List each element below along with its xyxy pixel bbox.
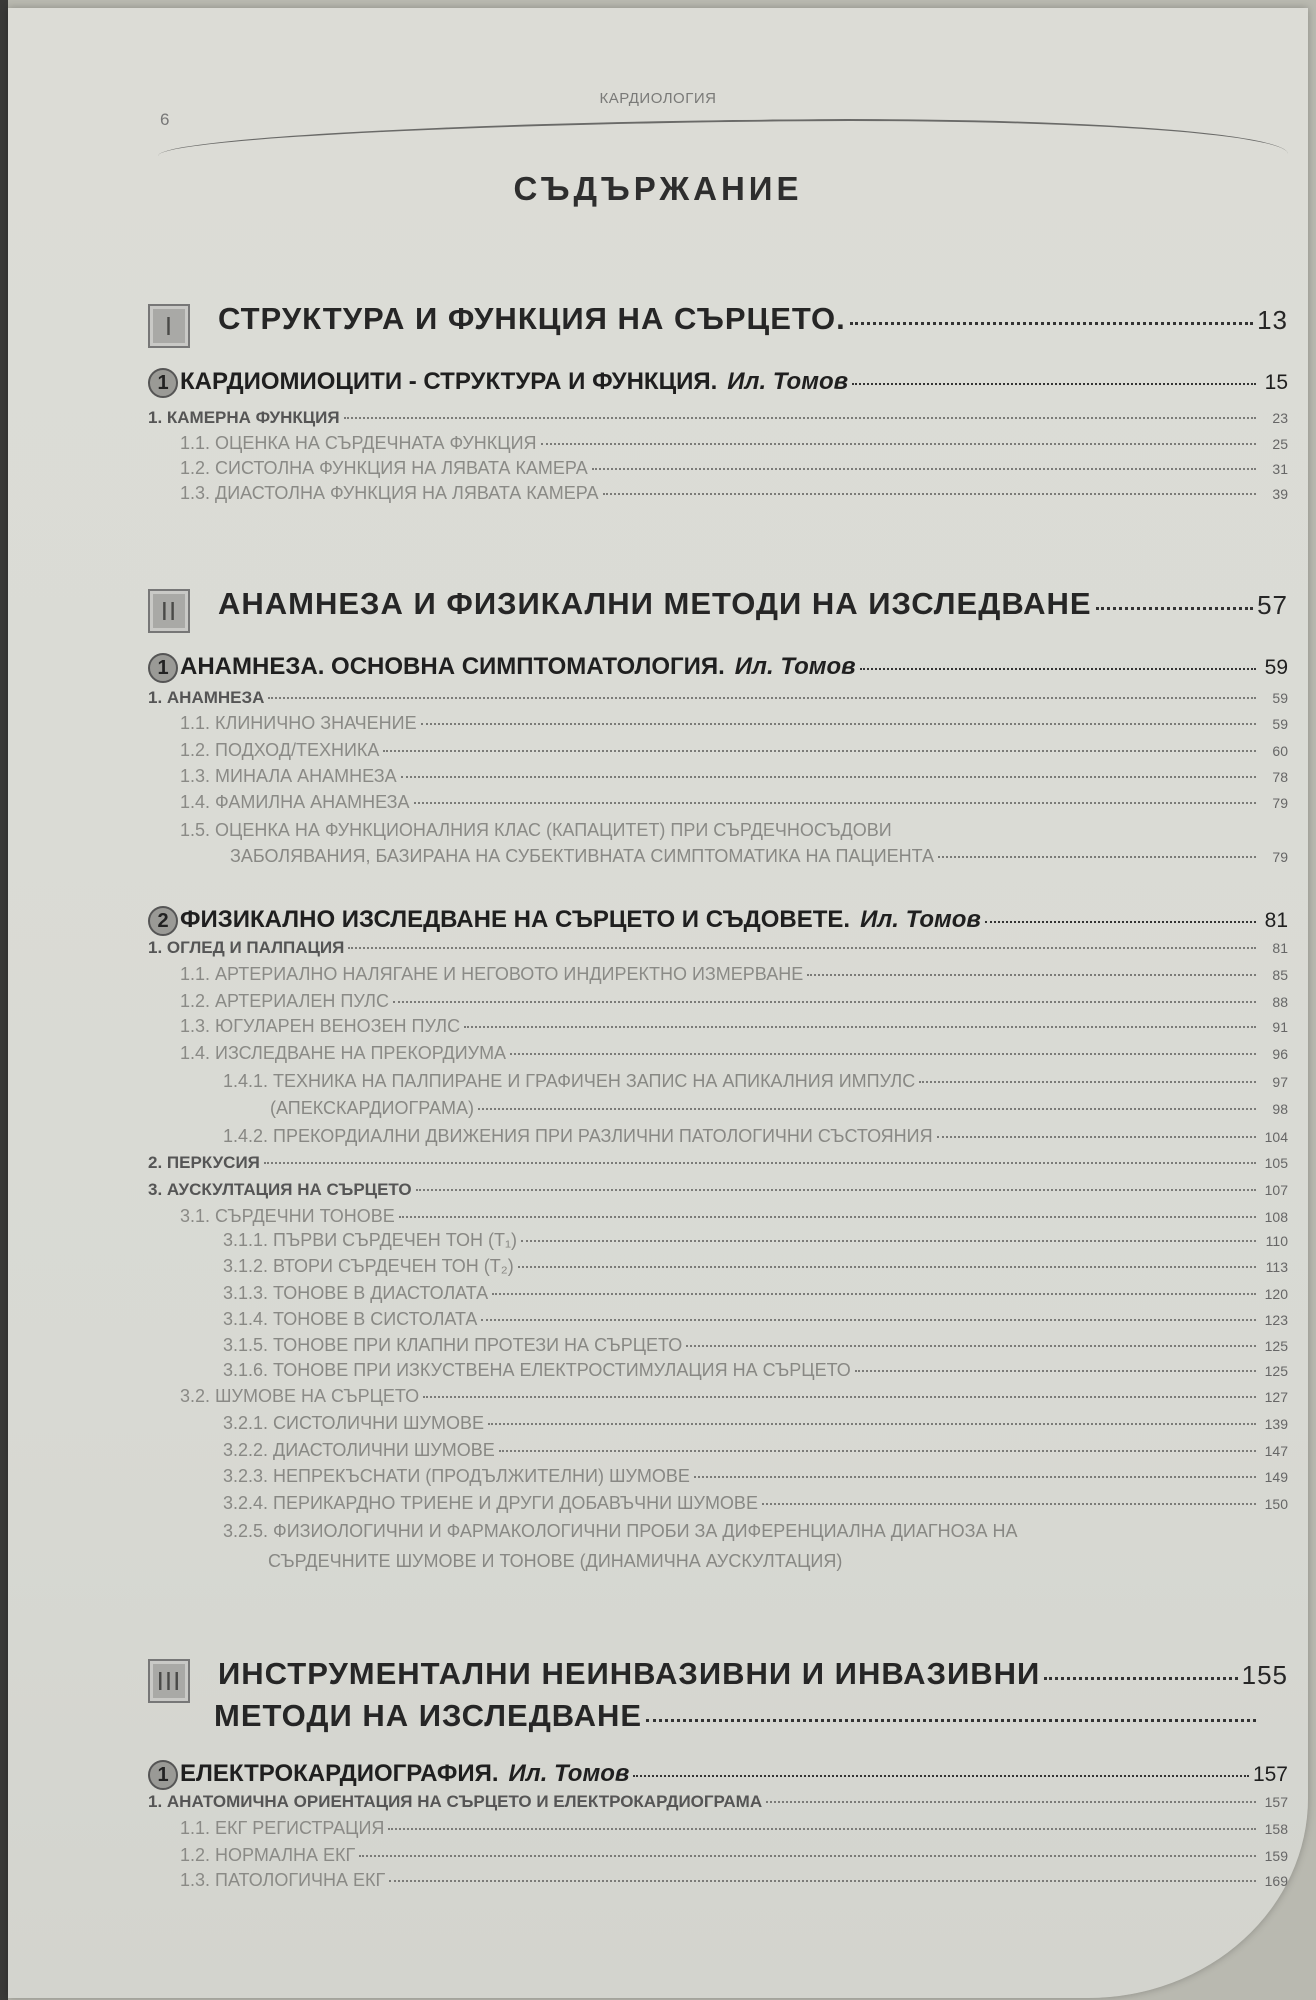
entry-label: 1.4.2. ПРЕКОРДИАЛНИ ДВИЖЕНИЯ ПРИ РАЗЛИЧН…	[223, 1126, 933, 1147]
chapter-title-text: КАРДИОМИОЦИТИ - СТРУКТУРА И ФУНКЦИЯ.	[180, 368, 717, 395]
toc-entry: 1.4. ФАМИЛНА АНАМНЕЗА79	[180, 792, 1288, 813]
page-ref: 125	[1260, 1363, 1288, 1379]
dot-leader	[268, 697, 1256, 699]
page-ref: 159	[1260, 1848, 1288, 1864]
entry-label: 3.2.4. ПЕРИКАРДНО ТРИЕНЕ И ДРУГИ ДОБАВЪЧ…	[223, 1493, 758, 1514]
dot-leader	[344, 417, 1256, 419]
dot-leader	[521, 1240, 1256, 1242]
chapter-number-badge: 1	[148, 653, 178, 683]
page-ref: 81	[1260, 940, 1288, 956]
toc-entry: 3. АУСКУЛТАЦИЯ НА СЪРЦЕТО107	[148, 1180, 1288, 1200]
toc-entry: ЗАБОЛЯВАНИЯ, БАЗИРАНА НА СУБЕКТИВНАТА СИ…	[230, 846, 1288, 867]
page-ref: 127	[1260, 1389, 1288, 1405]
part-title: IIIИНСТРУМЕНТАЛНИ НЕИНВАЗИВНИ И ИНВАЗИВН…	[148, 1653, 1040, 1697]
entry-label: 3.2.1. СИСТОЛИЧНИ ШУМОВЕ	[223, 1413, 484, 1434]
entry-label: 1.4. ФАМИЛНА АНАМНЕЗА	[180, 792, 410, 813]
entry-label: 1.1. КЛИНИЧНО ЗНАЧЕНИЕ	[180, 713, 417, 734]
entry-label: 1.1. ЕКГ РЕГИСТРАЦИЯ	[180, 1818, 384, 1839]
toc-part: IIIИНСТРУМЕНТАЛНИ НЕИНВАЗИВНИ И ИНВАЗИВН…	[148, 1653, 1288, 1697]
dot-leader	[416, 1189, 1256, 1191]
chapter-title-text: АНАМНЕЗА. ОСНОВНА СИМПТОМАТОЛОГИЯ.	[180, 653, 725, 680]
part-title-text: МЕТОДИ НА ИЗСЛЕДВАНЕ	[214, 1698, 642, 1734]
toc-entry: 1.1. АРТЕРИАЛНО НАЛЯГАНЕ И НЕГОВОТО ИНДИ…	[180, 964, 1288, 985]
dot-leader	[762, 1503, 1256, 1505]
toc-entry: 1.3. МИНАЛА АНАМНЕЗА78	[180, 766, 1288, 787]
chapter-title-text: ФИЗИКАЛНО ИЗСЛЕДВАНЕ НА СЪРЦЕТО И СЪДОВЕ…	[180, 906, 850, 933]
toc-entry: 3.1.5. ТОНОВЕ ПРИ КЛАПНИ ПРОТЕЗИ НА СЪРЦ…	[223, 1335, 1288, 1356]
toc-entry: 1. АНАМНЕЗА59	[148, 688, 1288, 708]
toc-entry: 1.4.1. ТЕХНИКА НА ПАЛПИРАНЕ И ГРАФИЧЕН З…	[223, 1071, 1288, 1092]
dot-leader	[421, 723, 1256, 725]
part-title-text: ИНСТРУМЕНТАЛНИ НЕИНВАЗИВНИ И ИНВАЗИВНИ	[218, 1656, 1040, 1691]
dot-leader	[348, 947, 1256, 949]
dot-leader	[264, 1162, 1256, 1164]
page-ref: 78	[1260, 769, 1288, 785]
toc-title: СЪДЪРЖАНИЕ	[8, 170, 1308, 208]
page-ref: 79	[1260, 849, 1288, 865]
toc-entry: 3.1.1. ПЪРВИ СЪРДЕЧЕН ТОН (T₁)110	[223, 1230, 1288, 1251]
running-head: КАРДИОЛОГИЯ	[8, 90, 1308, 107]
page-ref: 88	[1260, 994, 1288, 1010]
entry-label: 1.3. ЮГУЛАРЕН ВЕНОЗЕН ПУЛС	[180, 1016, 460, 1037]
toc-entry: 1.1. КЛИНИЧНО ЗНАЧЕНИЕ59	[180, 713, 1288, 734]
page-ref: 23	[1260, 410, 1288, 426]
page-ref: 85	[1260, 967, 1288, 983]
toc-chapter: 2ФИЗИКАЛНО ИЗСЛЕДВАНЕ НА СЪРЦЕТО И СЪДОВ…	[148, 906, 1288, 936]
dot-leader	[938, 856, 1256, 858]
page-ref: 96	[1260, 1046, 1288, 1062]
entry-label: 3.1.5. ТОНОВЕ ПРИ КЛАПНИ ПРОТЕЗИ НА СЪРЦ…	[223, 1335, 682, 1356]
page-ref: 169	[1260, 1873, 1288, 1889]
toc-entry: 3.2. ШУМОВЕ НА СЪРЦЕТО127	[180, 1386, 1288, 1407]
toc-entry: СЪРДЕЧНИТЕ ШУМОВЕ И ТОНОВЕ (ДИНАМИЧНА АУ…	[268, 1551, 1288, 1572]
toc-entry: 1.1. ЕКГ РЕГИСТРАЦИЯ158	[180, 1818, 1288, 1839]
chapter-title: 1КАРДИОМИОЦИТИ - СТРУКТУРА И ФУНКЦИЯ.Ил.…	[148, 368, 848, 398]
chapter-title-text: ЕЛЕКТРОКАРДИОГРАФИЯ.	[180, 1760, 499, 1787]
entry-label: ЗАБОЛЯВАНИЯ, БАЗИРАНА НА СУБЕКТИВНАТА СИ…	[230, 846, 934, 867]
entry-label: 3.1.6. ТОНОВЕ ПРИ ИЗКУСТВЕНА ЕЛЕКТРОСТИМ…	[223, 1360, 851, 1381]
dot-leader	[393, 1001, 1256, 1003]
dot-leader	[985, 921, 1256, 923]
page-ref: 110	[1260, 1233, 1288, 1249]
chapter-author: Ил. Томов	[860, 906, 981, 933]
chapter-number-badge: 1	[148, 368, 178, 398]
page-ref: 15	[1260, 371, 1288, 395]
dot-leader	[860, 668, 1256, 670]
page-ref: 104	[1260, 1129, 1288, 1145]
toc-part: IСТРУКТУРА И ФУНКЦИЯ НА СЪРЦЕТО.13	[148, 298, 1288, 342]
toc-entry: (АПЕКСКАРДИОГРАМА)98	[270, 1098, 1288, 1119]
part-title: IIАНАМНЕЗА И ФИЗИКАЛНИ МЕТОДИ НА ИЗСЛЕДВ…	[148, 583, 1092, 627]
dot-leader	[359, 1855, 1256, 1857]
page-ref: 107	[1260, 1182, 1288, 1198]
toc-entry: 1.3. ЮГУЛАРЕН ВЕНОЗЕН ПУЛС91	[180, 1016, 1288, 1037]
chapter-author: Ил. Томов	[509, 1760, 630, 1787]
page-ref: 97	[1260, 1074, 1288, 1090]
page-ref: 147	[1260, 1443, 1288, 1459]
toc-entry: 1.3. ДИАСТОЛНА ФУНКЦИЯ НА ЛЯВАТА КАМЕРА3…	[180, 483, 1288, 504]
toc-entry: 1.4. ИЗСЛЕДВАНЕ НА ПРЕКОРДИУМА96	[180, 1043, 1288, 1064]
dot-leader	[464, 1026, 1256, 1028]
toc-entry: 1. ОГЛЕД И ПАЛПАЦИЯ81	[148, 938, 1288, 958]
entry-label: 3.1.2. ВТОРИ СЪРДЕЧЕН ТОН (T₂)	[223, 1256, 514, 1277]
page-ref: 108	[1260, 1209, 1288, 1225]
dot-leader	[1096, 607, 1253, 610]
dot-leader	[686, 1345, 1256, 1347]
chapter-author: Ил. Томов	[735, 653, 856, 680]
dot-leader	[388, 1828, 1256, 1830]
toc-entry: 3.1. СЪРДЕЧНИ ТОНОВЕ108	[180, 1206, 1288, 1227]
dot-leader	[1044, 1677, 1237, 1680]
entry-label: 3. АУСКУЛТАЦИЯ НА СЪРЦЕТО	[148, 1180, 412, 1200]
dot-leader	[389, 1880, 1256, 1882]
dot-leader	[401, 776, 1256, 778]
toc-entry: 3.1.4. ТОНОВЕ В СИСТОЛАТА123	[223, 1309, 1288, 1330]
dot-leader	[852, 383, 1256, 385]
page-ref: 91	[1260, 1019, 1288, 1035]
page-number: 6	[160, 110, 169, 130]
dot-leader	[919, 1081, 1256, 1083]
page-ref: 125	[1260, 1338, 1288, 1354]
part-title-text: СТРУКТУРА И ФУНКЦИЯ НА СЪРЦЕТО.	[218, 301, 846, 336]
page-ref: 155	[1242, 1660, 1288, 1691]
entry-label: 1.3. ПАТОЛОГИЧНА ЕКГ	[180, 1870, 385, 1891]
page-ref: 59	[1260, 656, 1288, 680]
toc-entry: 3.2.3. НЕПРЕКЪСНАТИ (ПРОДЪЛЖИТЕЛНИ) ШУМО…	[223, 1466, 1288, 1487]
page-ref: 59	[1260, 690, 1288, 706]
toc-chapter: 1АНАМНЕЗА. ОСНОВНА СИМПТОМАТОЛОГИЯ.Ил. Т…	[148, 653, 1288, 683]
toc-part: IIАНАМНЕЗА И ФИЗИКАЛНИ МЕТОДИ НА ИЗСЛЕДВ…	[148, 583, 1288, 627]
chapter-title: 2ФИЗИКАЛНО ИЗСЛЕДВАНЕ НА СЪРЦЕТО И СЪДОВ…	[148, 906, 981, 936]
page-ref: 120	[1260, 1286, 1288, 1302]
entry-label: 3.1.4. ТОНОВЕ В СИСТОЛАТА	[223, 1309, 477, 1330]
entry-label: 2. ПЕРКУСИЯ	[148, 1153, 260, 1173]
part-numeral-badge: III	[148, 1659, 190, 1703]
toc-entry: 1.2. СИСТОЛНА ФУНКЦИЯ НА ЛЯВАТА КАМЕРА31	[180, 458, 1288, 479]
part-numeral-badge: I	[148, 304, 190, 348]
entry-label: 1.2. НОРМАЛНА ЕКГ	[180, 1845, 355, 1866]
toc-entry: 3.2.1. СИСТОЛИЧНИ ШУМОВЕ139	[223, 1413, 1288, 1434]
part-title-text: АНАМНЕЗА И ФИЗИКАЛНИ МЕТОДИ НА ИЗСЛЕДВАН…	[218, 586, 1092, 621]
entry-label: 1.2. СИСТОЛНА ФУНКЦИЯ НА ЛЯВАТА КАМЕРА	[180, 458, 588, 479]
entry-label: 3.1.3. ТОНОВЕ В ДИАСТОЛАТА	[223, 1283, 488, 1304]
dot-leader	[383, 750, 1256, 752]
dot-leader	[518, 1266, 1256, 1268]
page-ref: 157	[1260, 1794, 1288, 1810]
dot-leader	[646, 1719, 1256, 1722]
entry-label: 1.2. АРТЕРИАЛЕН ПУЛС	[180, 991, 389, 1012]
entry-label: 1. АНАМНЕЗА	[148, 688, 264, 708]
toc-entry: 1.2. ПОДХОД/ТЕХНИКА60	[180, 740, 1288, 761]
page-ref: 60	[1260, 743, 1288, 759]
page-ref: 59	[1260, 716, 1288, 732]
toc-chapter: 1КАРДИОМИОЦИТИ - СТРУКТУРА И ФУНКЦИЯ.Ил.…	[148, 368, 1288, 398]
page-ref: 105	[1260, 1155, 1288, 1171]
entry-label: 1.1. АРТЕРИАЛНО НАЛЯГАНЕ И НЕГОВОТО ИНДИ…	[180, 964, 803, 985]
dot-leader	[478, 1108, 1256, 1110]
dot-leader	[499, 1450, 1256, 1452]
dot-leader	[414, 802, 1256, 804]
entry-label: 3.1. СЪРДЕЧНИ ТОНОВЕ	[180, 1206, 395, 1227]
page-ref: 123	[1260, 1312, 1288, 1328]
dot-leader	[807, 974, 1256, 976]
chapter-title: 1ЕЛЕКТРОКАРДИОГРАФИЯ.Ил. Томов	[148, 1760, 629, 1790]
chapter-author: Ил. Томов	[727, 368, 848, 395]
dot-leader	[603, 493, 1256, 495]
toc-entry: 3.2.4. ПЕРИКАРДНО ТРИЕНЕ И ДРУГИ ДОБАВЪЧ…	[223, 1493, 1288, 1514]
dot-leader	[592, 468, 1256, 470]
book-page: КАРДИОЛОГИЯ 6 СЪДЪРЖАНИЕ IСТРУКТУРА И ФУ…	[8, 8, 1308, 1998]
dot-leader	[399, 1216, 1256, 1218]
page-ref: 81	[1260, 909, 1288, 933]
entry-label: 1.3. МИНАЛА АНАМНЕЗА	[180, 766, 397, 787]
toc-entry: 1. КАМЕРНА ФУНКЦИЯ23	[148, 408, 1288, 428]
entry-label: 3.2.3. НЕПРЕКЪСНАТИ (ПРОДЪЛЖИТЕЛНИ) ШУМО…	[223, 1466, 690, 1487]
page-ref: 25	[1260, 436, 1288, 452]
page-ref: 79	[1260, 795, 1288, 811]
dot-leader	[488, 1423, 1256, 1425]
toc-chapter: 1ЕЛЕКТРОКАРДИОГРАФИЯ.Ил. Томов157	[148, 1760, 1288, 1790]
dot-leader	[855, 1370, 1256, 1372]
part-title: IСТРУКТУРА И ФУНКЦИЯ НА СЪРЦЕТО.	[148, 298, 846, 342]
toc-entry: 2. ПЕРКУСИЯ105	[148, 1153, 1288, 1173]
entry-label: (АПЕКСКАРДИОГРАМА)	[270, 1098, 474, 1119]
toc-entry: 3.1.6. ТОНОВЕ ПРИ ИЗКУСТВЕНА ЕЛЕКТРОСТИМ…	[223, 1360, 1288, 1381]
page-ref: 98	[1260, 1101, 1288, 1117]
entry-label: 1. КАМЕРНА ФУНКЦИЯ	[148, 408, 340, 428]
part-numeral-badge: II	[148, 589, 190, 633]
page-ref: 139	[1260, 1416, 1288, 1432]
page-ref: 13	[1257, 305, 1288, 336]
entry-label: 1.4.1. ТЕХНИКА НА ПАЛПИРАНЕ И ГРАФИЧЕН З…	[223, 1071, 915, 1092]
toc-entry: 1.1. ОЦЕНКА НА СЪРДЕЧНАТА ФУНКЦИЯ25	[180, 433, 1288, 454]
dot-leader	[492, 1293, 1256, 1295]
entry-label: 3.2. ШУМОВЕ НА СЪРЦЕТО	[180, 1386, 419, 1407]
dot-leader	[937, 1136, 1256, 1138]
page-ref: 39	[1260, 486, 1288, 502]
book-spine-shadow	[0, 0, 8, 2000]
page-ref: 157	[1253, 1763, 1288, 1787]
entry-label: 1.3. ДИАСТОЛНА ФУНКЦИЯ НА ЛЯВАТА КАМЕРА	[180, 483, 599, 504]
dot-leader	[850, 322, 1253, 325]
chapter-title: 1АНАМНЕЗА. ОСНОВНА СИМПТОМАТОЛОГИЯ.Ил. Т…	[148, 653, 856, 683]
entry-label: 1.1. ОЦЕНКА НА СЪРДЕЧНАТА ФУНКЦИЯ	[180, 433, 537, 454]
page-ref: 113	[1260, 1259, 1288, 1275]
dot-leader	[481, 1319, 1256, 1321]
entry-label: 1.5. ОЦЕНКА НА ФУНКЦИОНАЛНИЯ КЛАС (КАПАЦ…	[180, 820, 892, 841]
toc-entry: 1. АНАТОМИЧНА ОРИЕНТАЦИЯ НА СЪРЦЕТО И ЕЛ…	[148, 1792, 1288, 1812]
toc-entry: 1.3. ПАТОЛОГИЧНА ЕКГ169	[180, 1870, 1288, 1891]
entry-label: 1.4. ИЗСЛЕДВАНЕ НА ПРЕКОРДИУМА	[180, 1043, 506, 1064]
dot-leader	[423, 1396, 1256, 1398]
toc-entry: 3.1.3. ТОНОВЕ В ДИАСТОЛАТА120	[223, 1283, 1288, 1304]
dot-leader	[510, 1053, 1256, 1055]
dot-leader	[694, 1476, 1256, 1478]
toc-entry: 3.2.2. ДИАСТОЛИЧНИ ШУМОВЕ147	[223, 1440, 1288, 1461]
page-ref: 158	[1260, 1821, 1288, 1837]
entry-label: 1.2. ПОДХОД/ТЕХНИКА	[180, 740, 379, 761]
toc-entry: 1.5. ОЦЕНКА НА ФУНКЦИОНАЛНИЯ КЛАС (КАПАЦ…	[180, 820, 1288, 841]
toc-entry: 1.2. НОРМАЛНА ЕКГ159	[180, 1845, 1288, 1866]
entry-label: 1. АНАТОМИЧНА ОРИЕНТАЦИЯ НА СЪРЦЕТО И ЕЛ…	[148, 1792, 762, 1812]
chapter-number-badge: 1	[148, 1760, 178, 1790]
entry-label: СЪРДЕЧНИТЕ ШУМОВЕ И ТОНОВЕ (ДИНАМИЧНА АУ…	[268, 1551, 842, 1572]
page-ref: 57	[1257, 590, 1288, 621]
dot-leader	[633, 1775, 1249, 1777]
dot-leader	[541, 443, 1256, 445]
toc-entry: 3.1.2. ВТОРИ СЪРДЕЧЕН ТОН (T₂)113	[223, 1256, 1288, 1277]
dot-leader	[766, 1801, 1256, 1803]
page-ref: 149	[1260, 1469, 1288, 1485]
entry-label: 3.2.5. ФИЗИОЛОГИЧНИ И ФАРМАКОЛОГИЧНИ ПРО…	[223, 1521, 1018, 1542]
toc-entry: 1.4.2. ПРЕКОРДИАЛНИ ДВИЖЕНИЯ ПРИ РАЗЛИЧН…	[223, 1126, 1288, 1147]
entry-label: 3.2.2. ДИАСТОЛИЧНИ ШУМОВЕ	[223, 1440, 495, 1461]
chapter-number-badge: 2	[148, 906, 178, 936]
page-ref: 31	[1260, 461, 1288, 477]
page-ref: 150	[1260, 1496, 1288, 1512]
toc-entry: 3.2.5. ФИЗИОЛОГИЧНИ И ФАРМАКОЛОГИЧНИ ПРО…	[223, 1521, 1288, 1542]
entry-label: 3.1.1. ПЪРВИ СЪРДЕЧЕН ТОН (T₁)	[223, 1230, 517, 1251]
entry-label: 1. ОГЛЕД И ПАЛПАЦИЯ	[148, 938, 344, 958]
toc-entry: 1.2. АРТЕРИАЛЕН ПУЛС88	[180, 991, 1288, 1012]
toc-part-line2: МЕТОДИ НА ИЗСЛЕДВАНЕ	[214, 1698, 1288, 1734]
